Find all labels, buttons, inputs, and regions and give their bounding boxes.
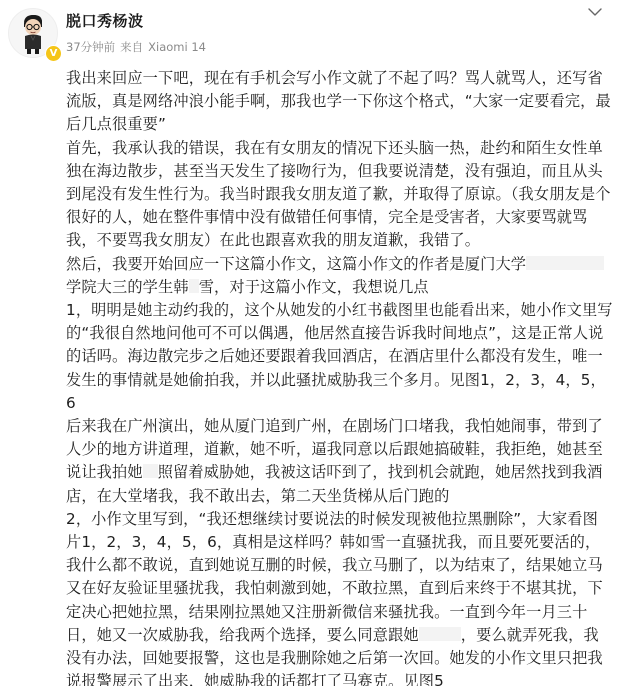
post-paragraph-point-2: 2，小作文里写到，“我还想继续讨要说法的时候发现被他拉黑删除”，大家看图片1，2…: [66, 508, 613, 686]
post-text-segment: 学院大三的学生韩: [66, 278, 189, 296]
redacted-block: [419, 627, 461, 641]
post-text-segment: 2，小作文里写到，“我还想继续讨要说法的时候发现被他拉黑删除”，大家看图片1，2…: [66, 510, 603, 644]
username[interactable]: 脱口秀杨波: [66, 10, 144, 31]
source-device[interactable]: Xiaomi 14: [148, 40, 206, 54]
source-prefix: 来自: [120, 40, 143, 54]
post-header: V 脱口秀杨波 37分钟前来自Xiaomi 14: [0, 0, 617, 62]
post-paragraph-intro: 我出来回应一下吧，现在有手机会写小作文就了不起了吗？骂人就骂人，还写省流版，真是…: [66, 67, 613, 137]
redacted-block: [143, 464, 158, 478]
post-paragraph-point-1: 1，明明是她主动约我的，这个从她发的小红书截图里也能看出来，她小作文里写的“我很…: [66, 299, 613, 415]
post-timestamp: 37分钟前: [66, 40, 115, 54]
post-body: 我出来回应一下吧，现在有手机会写小作文就了不起了吗？骂人就骂人，还写省流版，真是…: [66, 67, 613, 686]
post-meta: 37分钟前来自Xiaomi 14: [66, 39, 211, 55]
post-paragraph-guangzhou: 后来我在广州演出，她从厦门追到广州，在剧场门口堵我，我怕她闹事，带到了人少的地方…: [66, 415, 613, 508]
redacted-block: [526, 256, 604, 270]
redacted-block: [189, 279, 199, 293]
post-text-segment: 然后，我要开始回应一下这篇小作文，这篇小作文的作者是厦门大学: [66, 255, 526, 273]
post-paragraph-response: 然后，我要开始回应一下这篇小作文，这篇小作文的作者是厦门大学学院大三的学生韩雪，…: [66, 253, 613, 299]
chevron-down-icon: [585, 2, 605, 22]
post-menu-button[interactable]: [585, 2, 605, 22]
verified-badge-icon: V: [45, 45, 62, 62]
post-paragraph-apology: 首先，我承认我的错误，我在有女朋友的情况下还头脑一热，赴约和陌生女性单独在海边散…: [66, 137, 613, 253]
avatar[interactable]: V: [8, 8, 58, 58]
post-text-segment: 雪，对于这篇小作文，我想说几点: [199, 278, 429, 296]
